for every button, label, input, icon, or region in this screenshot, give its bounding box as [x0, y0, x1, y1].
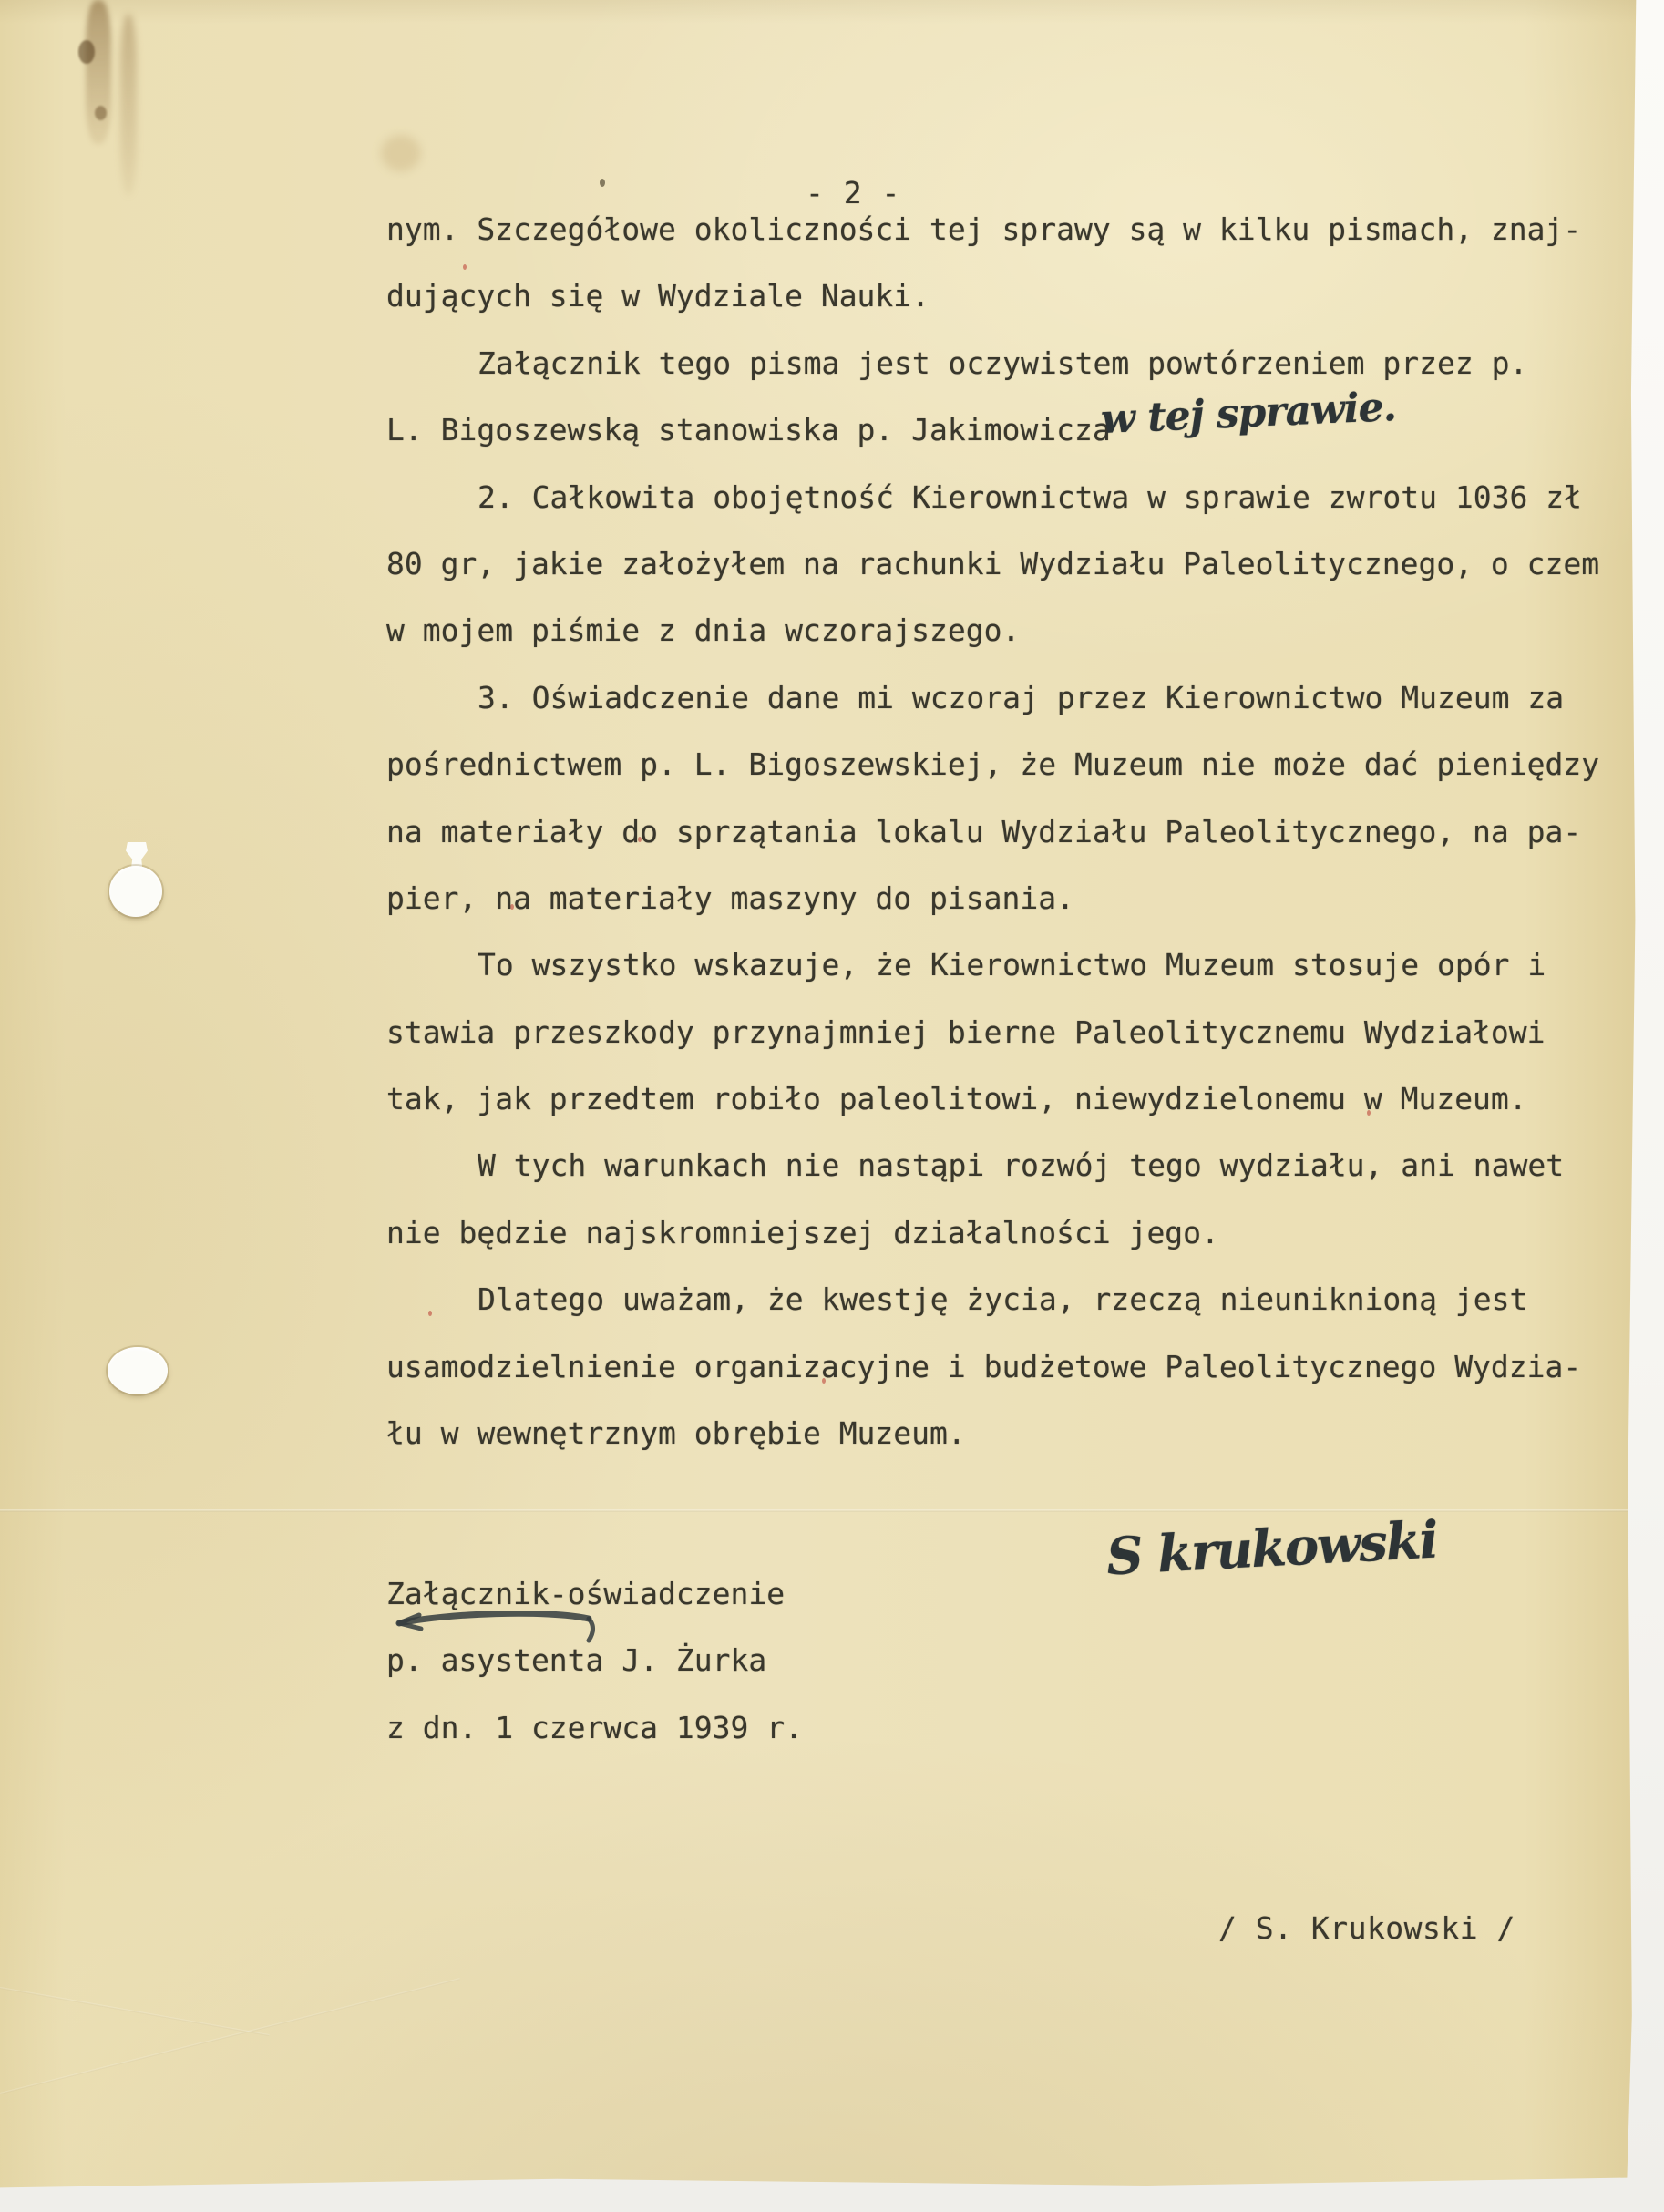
handwritten-underline-icon — [383, 1611, 601, 1648]
typed-line: nym. Szczegółowe okoliczności tej sprawy… — [386, 196, 1598, 262]
typed-line: dujących się w Wydziale Nauki. — [386, 262, 1598, 329]
stain-streak — [120, 15, 137, 195]
punch-hole-bottom — [108, 1347, 168, 1394]
typed-line: 80 gr, jakie założyłem na rachunki Wydzi… — [386, 530, 1598, 597]
crease-line — [0, 1978, 460, 2094]
punch-hole-opening — [109, 866, 162, 917]
stain-streak — [86, 0, 111, 144]
stain-spot — [78, 40, 95, 64]
typed-line: na materiały do sprzątania lokalu Wydzia… — [386, 798, 1598, 865]
typed-line: stawia przeszkody przynajmniej bierne Pa… — [386, 999, 1598, 1065]
attachment-note: Załącznik-oświadczeniep. asystenta J. Żu… — [386, 1560, 1207, 1761]
typed-line: W tych warunkach nie nastąpi rozwój tego… — [386, 1132, 1598, 1199]
stain-spot — [381, 135, 421, 171]
typed-line: łu w wewnętrznym obrębie Muzeum. — [386, 1400, 1598, 1466]
typed-line: To wszystko wskazuje, że Kierownictwo Mu… — [386, 931, 1598, 998]
typed-body: nym. Szczegółowe okoliczności tej sprawy… — [386, 196, 1598, 1466]
scan-backdrop: - 2 - nym. Szczegółowe okoliczności tej … — [0, 0, 1664, 2212]
typed-line: L. Bigoszewską stanowiska p. Jakimowicza — [386, 396, 1598, 463]
stain-spot — [95, 106, 107, 120]
typed-line: usamodzielnienie organizacyjne i budżeto… — [386, 1333, 1598, 1400]
typed-line: 3. Oświadczenie dane mi wczoraj przez Ki… — [386, 664, 1598, 731]
typed-signature: / S. Krukowski / — [1218, 1910, 1515, 1946]
typed-line: 2. Całkowita obojętność Kierownictwa w s… — [386, 464, 1598, 530]
typed-line: w mojem piśmie z dnia wczorajszego. — [386, 597, 1598, 664]
typed-line: tak, jak przedtem robiło paleolitowi, ni… — [386, 1065, 1598, 1132]
typed-line: Załącznik tego pisma jest oczywistem pow… — [386, 330, 1598, 396]
typed-line: nie będzie najskromniejszej działalności… — [386, 1199, 1598, 1266]
crease-line — [0, 1987, 270, 2036]
typed-line: pier, na materiały maszyny do pisania. — [386, 865, 1598, 931]
typed-line: pośrednictwem p. L. Bigoszewskiej, że Mu… — [386, 731, 1598, 797]
typed-line: Dlatego uważam, że kwestję życia, rzeczą… — [386, 1266, 1598, 1332]
punch-hole-top — [108, 842, 168, 919]
ink-speck — [600, 179, 605, 187]
typed-line: z dn. 1 czerwca 1939 r. — [386, 1694, 1207, 1761]
punch-hole-opening — [108, 1347, 168, 1394]
paper-sheet: - 2 - nym. Szczegółowe okoliczności tej … — [0, 0, 1638, 2191]
